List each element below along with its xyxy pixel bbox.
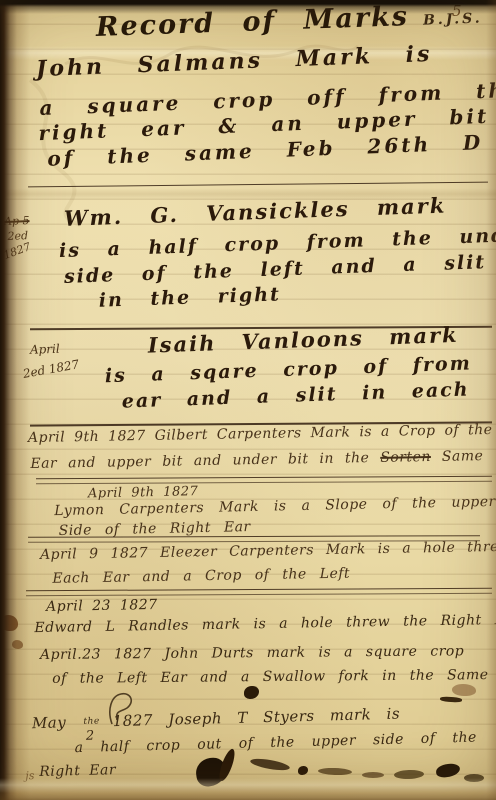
entry-text: Ear and upper bit and under bit in the <box>30 450 380 472</box>
ink-blot <box>298 766 308 775</box>
entry-divider-double <box>26 588 492 596</box>
entry-line: April.23 1827 John Durts mark is a squar… <box>40 643 464 663</box>
page-right-edge <box>486 0 496 800</box>
entry-line: Each Ear and a Crop of the Left <box>52 566 350 587</box>
entry-date-line: April 23 1827 <box>46 597 158 615</box>
entry-line: May the2 1827 Joseph T Styers mark is <box>32 705 401 733</box>
entry-line: of the Left Ear and a Swallow fork in th… <box>52 667 488 687</box>
margin-date: April <box>30 342 60 357</box>
page-bottom-edge <box>0 778 496 800</box>
entry-line: Ear and upper bit and under bit in the S… <box>30 448 483 472</box>
margin-date: 2ed 1827 <box>22 357 80 381</box>
ink-smear <box>250 757 291 773</box>
entry-divider <box>28 182 488 188</box>
entry-text: May <box>32 713 67 732</box>
entry-line: in the right <box>98 283 281 311</box>
book-binding-edge <box>0 0 30 800</box>
entry-line: a half crop out of the upper side of the <box>74 730 477 757</box>
ordinal-suffix: the <box>83 716 100 726</box>
entry-line: Edward L Randles mark is a hole threw th… <box>34 612 496 636</box>
entry-date-line: April 9th 1827 <box>88 484 199 501</box>
entry-text: Same <box>431 448 484 465</box>
paper-stain <box>452 684 476 696</box>
ink-smear <box>440 696 462 703</box>
entry-divider-double <box>36 476 492 484</box>
ink-blot <box>244 686 259 699</box>
ink-blot <box>435 763 460 778</box>
entry-text: 1827 Joseph T Styers mark is <box>113 705 401 731</box>
ink-smear <box>318 767 352 775</box>
ledger-page: 5 Record of MarksB.J.S. John Salmans Mar… <box>0 0 496 800</box>
struck-word: Sorten <box>380 449 431 466</box>
page-top-edge <box>0 0 496 14</box>
